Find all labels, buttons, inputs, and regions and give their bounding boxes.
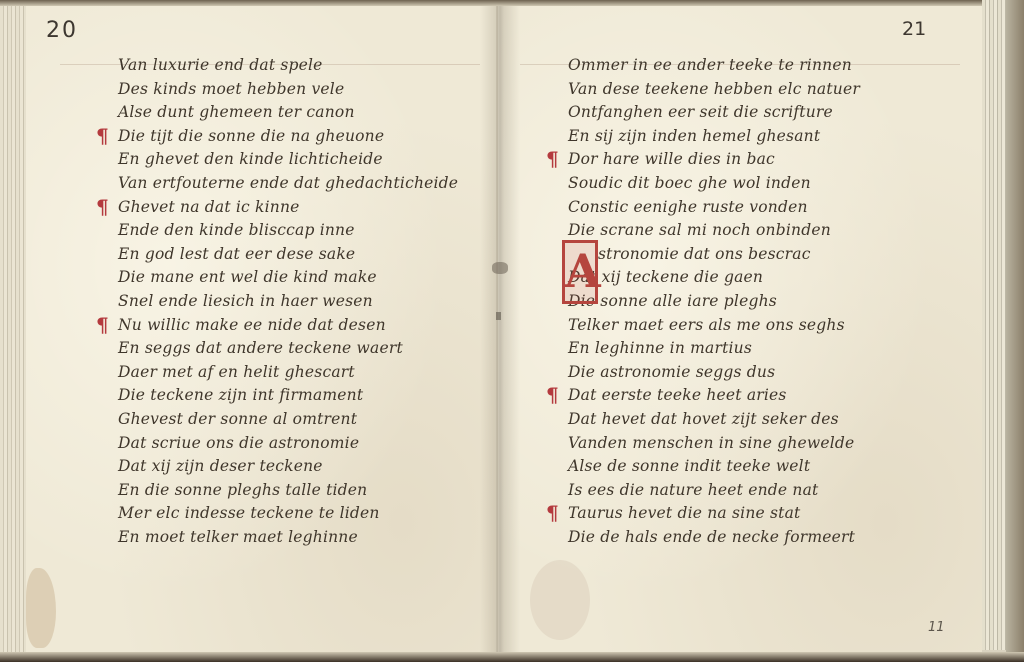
line-text: En leghinne in martius: [568, 339, 752, 357]
manuscript-line: Ontfanghen eer seit die scrifture: [568, 101, 860, 125]
line-text: Telker maet eers als me ons seghs: [568, 316, 845, 334]
binding-edge: [1006, 0, 1024, 662]
bottom-shadow: [0, 652, 1024, 662]
manuscript-line: Dat xij zijn deser teckene: [118, 455, 458, 479]
gutter-stain: [492, 262, 508, 274]
manuscript-line: Telker maet eers als me ons seghs: [568, 314, 860, 338]
line-text: Dat eerste teeke heet aries: [568, 386, 787, 404]
line-text: Ontfanghen eer seit die scrifture: [568, 103, 833, 121]
line-text: En die sonne pleghs talle tiden: [118, 481, 367, 499]
manuscript-line: En leghinne in martius: [568, 337, 860, 361]
line-text: En seggs dat andere teckene waert: [118, 339, 403, 357]
gutter-fold: [480, 6, 520, 652]
line-text: En ghevet den kinde lichticheide: [118, 150, 383, 168]
manuscript-line: Die mane ent wel die kind make: [118, 266, 458, 290]
line-text: Ghevest der sonne al omtrent: [118, 410, 357, 428]
line-text: Van dese teekene hebben elc natuer: [568, 80, 860, 98]
line-text: Dat scriue ons die astronomie: [118, 434, 359, 452]
manuscript-line: ¶Dor hare wille dies in bac: [568, 148, 860, 172]
line-text: Ommer in ee ander teeke te rinnen: [568, 56, 852, 74]
manuscript-line: Die scrane sal mi noch onbinden: [568, 219, 860, 243]
illuminated-initial: A: [562, 240, 598, 304]
left-page-block-edge: [0, 6, 26, 656]
line-text: Dat xij zijn deser teckene: [118, 457, 323, 475]
line-text: En god lest dat eer dese sake: [118, 245, 355, 263]
line-text: Die astronomie seggs dus: [568, 363, 775, 381]
foliation-mark: 11: [928, 620, 945, 635]
manuscript-line: Van dese teekene hebben elc natuer: [568, 78, 860, 102]
line-text: Die scrane sal mi noch onbinden: [568, 221, 831, 239]
rubric-pilcrow-icon: ¶: [546, 148, 559, 172]
manuscript-line: Die sonne alle iare pleghs: [568, 290, 860, 314]
line-text: Mer elc indesse teckene te liden: [118, 504, 380, 522]
line-text: Des kinds moet hebben vele: [118, 80, 344, 98]
manuscript-line: Die teckene zijn int firmament: [118, 384, 458, 408]
manuscript-line: Die astronomie seggs dus: [568, 361, 860, 385]
line-text: Die mane ent wel die kind make: [118, 268, 377, 286]
manuscript-line: En moet telker maet leghinne: [118, 526, 458, 550]
line-text: Taurus hevet die na sine stat: [568, 504, 800, 522]
manuscript-line: Ghevest der sonne al omtrent: [118, 408, 458, 432]
manuscript-line: Van ertfouterne ende dat ghedachticheide: [118, 172, 458, 196]
line-text: Van ertfouterne ende dat ghedachticheide: [118, 174, 458, 192]
manuscript-line: Ende den kinde blisccap inne: [118, 219, 458, 243]
manuscript-line: Soudic dit boec ghe wol inden: [568, 172, 860, 196]
rubric-pilcrow-icon: ¶: [546, 502, 559, 526]
left-page-text: Van luxurie end dat speleDes kinds moet …: [118, 54, 458, 549]
line-text: Is ees die nature heet ende nat: [568, 481, 818, 499]
manuscript-line: Van luxurie end dat spele: [118, 54, 458, 78]
manuscript-line: Alse dunt ghemeen ter canon: [118, 101, 458, 125]
line-text: Nu willic make ee nide dat desen: [118, 316, 386, 334]
rubric-pilcrow-icon: ¶: [546, 384, 559, 408]
discoloration: [530, 560, 590, 640]
manuscript-line: Vanden menschen in sine ghewelde: [568, 432, 860, 456]
line-text: En sij zijn inden hemel ghesant: [568, 127, 820, 145]
line-text: Dat hevet dat hovet zijt seker des: [568, 410, 839, 428]
line-text: Vanden menschen in sine ghewelde: [568, 434, 854, 452]
line-text: Alse de sonne indit teeke welt: [568, 457, 810, 475]
line-text: Van luxurie end dat spele: [118, 56, 323, 74]
manuscript-line: Constic eenighe ruste vonden: [568, 196, 860, 220]
line-text: En moet telker maet leghinne: [118, 528, 358, 546]
manuscript-line: En seggs dat andere teckene waert: [118, 337, 458, 361]
manuscript-line: Snel ende liesich in haer wesen: [118, 290, 458, 314]
manuscript-line: Alse de sonne indit teeke welt: [568, 455, 860, 479]
manuscript-line: ¶Taurus hevet die na sine stat: [568, 502, 860, 526]
manuscript-line: Dat scriue ons die astronomie: [118, 432, 458, 456]
manuscript-line: En god lest dat eer dese sake: [118, 243, 458, 267]
manuscript-line: En ghevet den kinde lichticheide: [118, 148, 458, 172]
open-manuscript: 20 21 11 Van luxurie end dat speleDes ki…: [0, 0, 1024, 662]
rubric-pilcrow-icon: ¶: [96, 314, 109, 338]
rubric-pilcrow-icon: ¶: [96, 125, 109, 149]
gutter-stain: [496, 312, 501, 320]
line-text: Constic eenighe ruste vonden: [568, 198, 808, 216]
folio-number-left: 20: [46, 18, 78, 43]
line-text: stronomie dat ons bescrac: [598, 245, 811, 263]
right-page-text: Ommer in ee ander teeke te rinnenVan des…: [568, 54, 860, 549]
manuscript-line: Dat xij teckene die gaen: [568, 266, 860, 290]
manuscript-line: Des kinds moet hebben vele: [118, 78, 458, 102]
manuscript-line: Die de hals ende de necke formeert: [568, 526, 860, 550]
line-text: Snel ende liesich in haer wesen: [118, 292, 373, 310]
line-text: Daer met af en helit ghescart: [118, 363, 355, 381]
manuscript-line: En die sonne pleghs talle tiden: [118, 479, 458, 503]
manuscript-line: En sij zijn inden hemel ghesant: [568, 125, 860, 149]
line-text: Dor hare wille dies in bac: [568, 150, 775, 168]
manuscript-line: ¶Ghevet na dat ic kinne: [118, 196, 458, 220]
manuscript-line: ¶Die tijt die sonne die na gheuone: [118, 125, 458, 149]
line-text: Die de hals ende de necke formeert: [568, 528, 855, 546]
manuscript-line: ¶Dat eerste teeke heet aries: [568, 384, 860, 408]
line-text: Soudic dit boec ghe wol inden: [568, 174, 811, 192]
manuscript-line: stronomie dat ons bescrac: [568, 243, 860, 267]
line-text: Alse dunt ghemeen ter canon: [118, 103, 355, 121]
manuscript-line: Daer met af en helit ghescart: [118, 361, 458, 385]
manuscript-line: Dat hevet dat hovet zijt seker des: [568, 408, 860, 432]
manuscript-line: ¶Nu willic make ee nide dat desen: [118, 314, 458, 338]
line-text: Die teckene zijn int firmament: [118, 386, 363, 404]
line-text: Ghevet na dat ic kinne: [118, 198, 300, 216]
manuscript-line: Is ees die nature heet ende nat: [568, 479, 860, 503]
manuscript-line: Ommer in ee ander teeke te rinnen: [568, 54, 860, 78]
manuscript-line: Mer elc indesse teckene te liden: [118, 502, 458, 526]
line-text: Ende den kinde blisccap inne: [118, 221, 355, 239]
rubric-pilcrow-icon: ¶: [96, 196, 109, 220]
line-text: Die tijt die sonne die na gheuone: [118, 127, 384, 145]
folio-number-right: 21: [902, 18, 926, 40]
